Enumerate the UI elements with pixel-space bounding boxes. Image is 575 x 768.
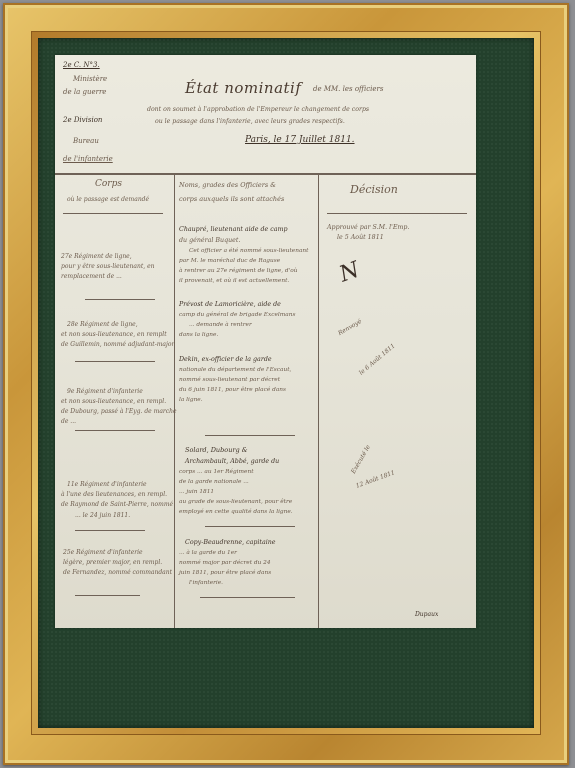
row-name-line: il provenait, et où il est actuellement. — [179, 277, 289, 286]
row-name-line: Copy-Beaudrenne, capitaine — [185, 538, 276, 547]
row-separator — [85, 299, 155, 300]
decision-note: Exécuté le — [349, 443, 373, 475]
row-name-line: camp du général de brigade Excelmans — [179, 311, 295, 320]
row-separator — [200, 597, 295, 598]
row-name-line: l'infanterie. — [189, 579, 223, 588]
row-separator — [75, 361, 155, 362]
row-corps-line: de Guillemin, nommé adjudant-major — [61, 340, 174, 349]
row-corps-line: 9e Régiment d'infanterie — [67, 387, 143, 396]
footer-signature: Dupaux — [415, 610, 438, 619]
row-name-line: Chaupré, lieutenant aide de camp — [179, 225, 288, 234]
document-title: État nominatif — [185, 79, 301, 97]
row-corps-line: légère, premier major, en rempl. — [63, 558, 162, 567]
names-subheader: corps auxquels ils sont attachés — [179, 195, 284, 204]
row-name-line: Prévost de Lamoricière, aide de — [179, 300, 281, 309]
sidebar-infantry: de l'infanterie — [63, 155, 113, 164]
row-corps-line: de ... — [61, 417, 76, 426]
row-name-line: dans la ligne. — [179, 331, 218, 340]
sidebar-ministry: Ministère — [73, 75, 107, 84]
column-divider-1 — [174, 175, 175, 628]
row-corps-line: 28e Régiment de ligne, — [67, 320, 138, 329]
napoleon-signature-mark: N — [336, 257, 363, 287]
row-name-line: la ligne. — [179, 396, 203, 405]
row-name-line: à rentrer au 27e régiment de ligne, d'où — [179, 267, 297, 276]
row-corps-line: de Fernandez, nommé commandant — [63, 568, 172, 577]
row-name-line: du 6 juin 1811, pour être placé dans — [179, 386, 286, 395]
row-separator — [75, 530, 145, 531]
row-corps-line: ... le 24 juin 1811. — [75, 511, 130, 520]
corps-subheader: où le passage est demandé — [67, 195, 149, 204]
sidebar-war: de la guerre — [63, 88, 106, 97]
row-separator — [205, 435, 295, 436]
row-name-line: Cet officier a été nommé sous-lieutenant — [189, 247, 308, 256]
document-subtitle-1: dont on soumet à l'approbation de l'Empe… — [147, 105, 369, 114]
corps-header-rule — [63, 213, 163, 214]
row-corps-line: pour y être sous-lieutenant, en — [61, 262, 155, 271]
decision-note: Approuvé par S.M. l'Emp. — [327, 223, 409, 232]
row-corps-line: 11e Régiment d'infanterie — [67, 480, 147, 489]
historical-document: 2e C. N°3. Ministère de la guerre 2e Div… — [55, 55, 476, 628]
row-name-line: Dekin, ex-officier de la garde — [179, 355, 272, 364]
row-separator — [205, 526, 295, 527]
row-name-line: juin 1811, pour être placé dans — [179, 569, 271, 578]
row-corps-line: et non sous-lieutenance, en remplt — [61, 330, 167, 339]
decision-note: Renvoyé — [336, 317, 363, 338]
row-separator — [75, 595, 140, 596]
row-name-line: nationale du département de l'Escaut, — [179, 366, 291, 375]
row-corps-line: et non sous-lieutenance, en rempl. — [61, 397, 166, 406]
row-corps-line: de Raymond de Saint-Pierre, nommé — [61, 500, 173, 509]
sidebar-division: 2e Division — [63, 116, 102, 125]
document-title-suffix: de MM. les officiers — [313, 85, 384, 94]
document-reference: 2e C. N°3. — [63, 61, 100, 70]
row-name-line: ... demande à rentrer — [189, 321, 252, 330]
document-date: Paris, le 17 Juillet 1811. — [245, 136, 355, 145]
row-name-line: Solard, Dubourg & — [185, 446, 248, 455]
row-name-line: corps ... au 1er Régiment — [179, 468, 254, 477]
document-subtitle-2: ou le passage dans l'infanterie, avec le… — [155, 117, 345, 126]
row-name-line: nommé major par décret du 24 — [179, 559, 271, 568]
table-top-rule — [55, 173, 476, 175]
row-name-line: de la garde nationale ... — [179, 478, 249, 487]
row-name-line: ... juin 1811 — [179, 488, 214, 497]
row-name-line: ... à la garde du 1er — [179, 549, 237, 558]
row-name-line: au grade de sous-lieutenant, pour être — [179, 498, 292, 507]
row-corps-line: de Dubourg, passé à l'Eyg. de marche — [61, 407, 177, 416]
sidebar-bureau: Bureau — [73, 137, 99, 146]
row-name-line: du général Buquet. — [179, 236, 240, 245]
decision-note: 12 Août 1811 — [355, 468, 397, 490]
row-corps-line: 25e Régiment d'infanterie — [63, 548, 143, 557]
row-corps-line: à l'une des lieutenances, en rempl. — [61, 490, 167, 499]
row-name-line: par M. le maréchal duc de Raguse — [179, 257, 280, 266]
row-name-line: nommé sous-lieutenant par décret — [179, 376, 280, 385]
row-separator — [75, 430, 155, 431]
decision-note: le 6 Août 1811 — [357, 342, 397, 377]
names-header: Noms, grades des Officiers & — [179, 181, 276, 190]
corps-header: Corps — [95, 180, 122, 189]
row-corps-line: 27e Régiment de ligne, — [61, 252, 132, 261]
decision-note: le 5 Août 1811 — [337, 233, 384, 242]
decision-header: Décision — [350, 185, 398, 194]
row-corps-line: remplacement de ... — [61, 272, 122, 281]
column-divider-2 — [318, 175, 319, 628]
decision-header-rule — [327, 213, 467, 214]
row-name-line: employé en cette qualité dans la ligne. — [179, 508, 293, 517]
row-name-line: Archambault, Abbé, garde du — [185, 457, 279, 466]
